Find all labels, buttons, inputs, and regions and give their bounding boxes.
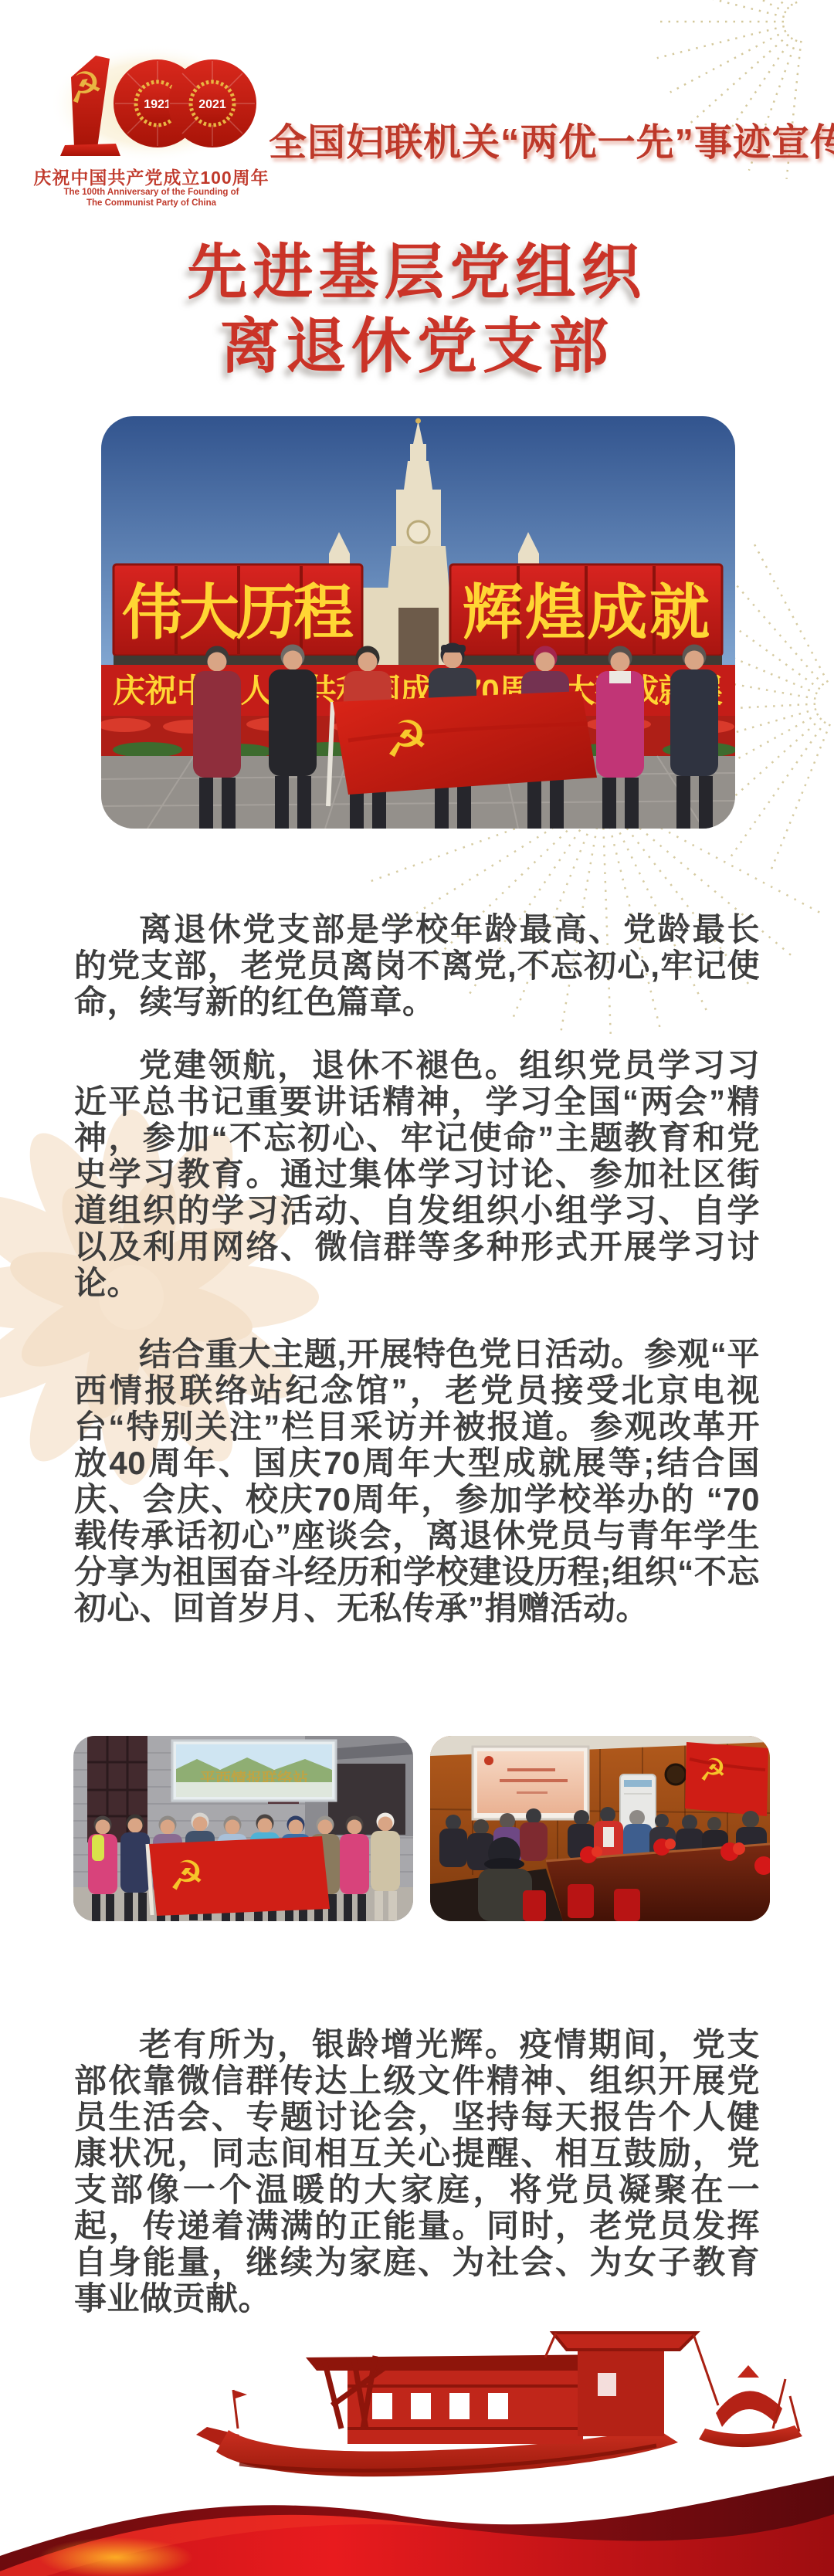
red-ribbon-wave xyxy=(0,2463,834,2576)
main-red-boat xyxy=(196,2333,718,2476)
logo-title-en-line1: The 100th Anniversary of the Founding of xyxy=(28,188,275,197)
paragraph-theme-activities: 结合重大主题,开展特色党日活动。参观“平西情报联络站纪念馆”，老党员接受北京电视… xyxy=(74,1336,760,1626)
white-scarf xyxy=(609,671,631,683)
yellow-backpack xyxy=(92,1835,104,1861)
party-flag: ☭ xyxy=(147,1836,330,1916)
logo-digit-0-second: 2021 xyxy=(168,59,256,147)
photo-memorial-visit: 平西情报联络站 xyxy=(73,1736,413,1921)
hammer-sickle-icon: ☭ xyxy=(168,1853,206,1900)
logo-title-cn: 庆祝中国共产党成立100周年 xyxy=(28,164,275,189)
page-title-line2: 离退休党支部 xyxy=(0,298,834,385)
logo-year-1921: 1921 xyxy=(144,98,171,111)
small-red-boat xyxy=(699,2365,802,2447)
header-campaign-banner: 全国妇联机关“两优一先”事迹宣传 xyxy=(269,113,828,167)
projection-screen xyxy=(473,1747,588,1819)
memorial-sign-board: 平西情报联络站 xyxy=(172,1740,336,1801)
hammer-sickle-icon: ☭ xyxy=(382,710,430,768)
logo-year-2021: 2021 xyxy=(198,98,226,111)
hero-photo-achievement-exhibition: 伟大历程 辉煌成就 庆祝中华人民共和国成立70周年大型成就展 xyxy=(101,416,735,829)
paragraph-intro: 离退休党支部是学校年龄最高、党龄最长的党支部，老党员离岗不离党,不忘初心,牢记使… xyxy=(74,911,760,1020)
logo-title-en-line2: The Communist Party of China xyxy=(28,198,275,208)
paragraph-silver-age: 老有所为，银龄增光辉。疫情期间，党支部依靠微信群传达上级文件精神、组织开展党员生… xyxy=(74,2026,760,2317)
wall-decoration xyxy=(666,1764,686,1785)
billboard-left-text: 伟大历程 xyxy=(122,578,354,646)
photo-branch-meeting: ☭ xyxy=(430,1736,770,1921)
hammer-sickle-icon: ☭ xyxy=(699,1754,727,1788)
flat-cap xyxy=(441,645,466,652)
poster-page: 1921 2021 ☭ 庆祝中国共产党成立100周年 The 100th Ann… xyxy=(0,0,834,2576)
red-boat-illustration xyxy=(193,2313,834,2494)
paragraph-party-building: 党建领航，退休不褪色。组织党员学习习近平总书记重要讲话精神，学习全国“两会”精神… xyxy=(74,1047,760,1301)
party-flag-on-wall: ☭ xyxy=(685,1742,768,1816)
ccp-100th-anniversary-logo: 1921 2021 ☭ xyxy=(48,40,256,164)
